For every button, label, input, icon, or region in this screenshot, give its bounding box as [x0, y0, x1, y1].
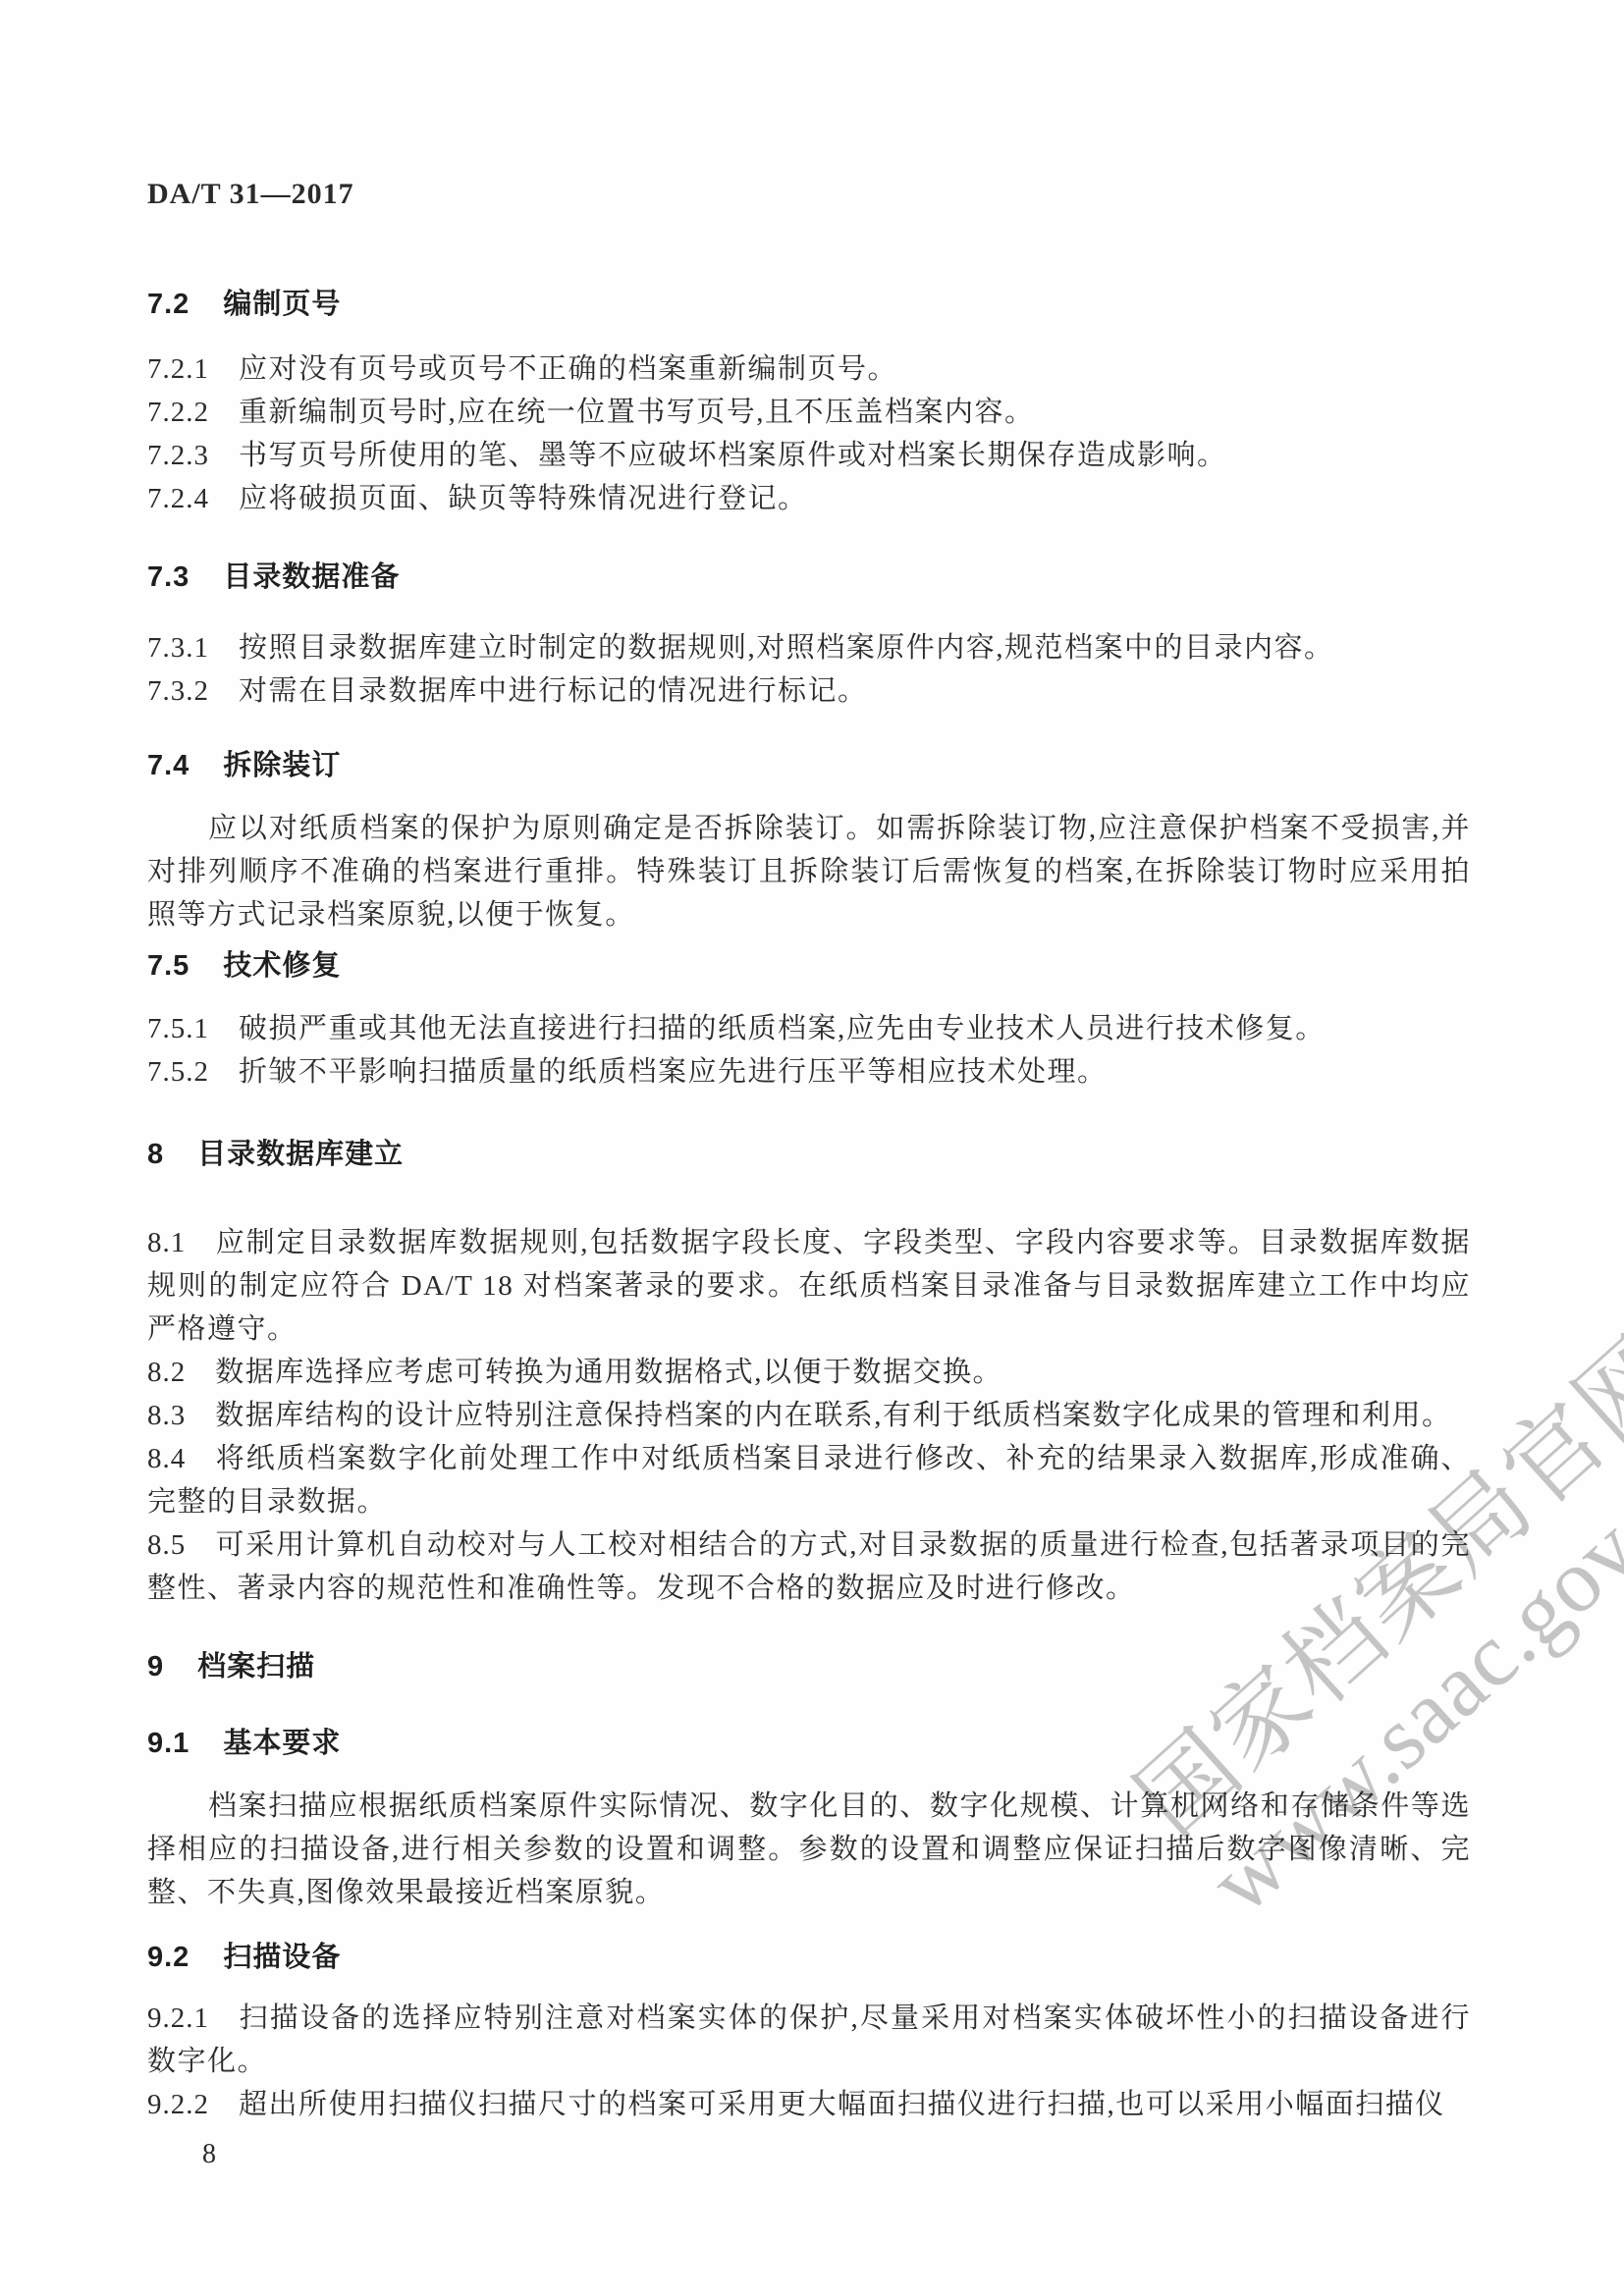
heading-number: 7.5: [147, 950, 189, 982]
heading-8: 8目录数据库建立: [147, 1133, 1471, 1176]
clause-text: 书写页号所使用的笔、墨等不应破坏档案原件或对档案长期保存造成影响。: [239, 440, 1227, 471]
clause-number: 8.2: [147, 1357, 186, 1388]
clause-7-3-2: 7.3.2对需在目录数据库中进行标记的情况进行标记。: [147, 669, 1471, 713]
paragraph-9-1: 档案扫描应根据纸质档案原件实际情况、数字化目的、数字化规模、计算机网络和存储条件…: [147, 1785, 1471, 1914]
paragraph-7-4: 应以对纸质档案的保护为原则确定是否拆除装订。如需拆除装订物,应注意保护档案不受损…: [147, 807, 1471, 936]
clause-text: 扫描设备的选择应特别注意对档案实体的保护,尽量采用对档案实体破坏性小的扫描设备进…: [147, 2002, 1471, 2077]
heading-number: 9.1: [147, 1728, 189, 1759]
clause-8-1: 8.1应制定目录数据库数据规则,包括数据字段长度、字段类型、字段内容要求等。目录…: [147, 1221, 1471, 1351]
heading-title: 档案扫描: [197, 1651, 315, 1682]
clause-number: 7.2.2: [147, 397, 209, 428]
clause-7-2-2: 7.2.2重新编制页号时,应在统一位置书写页号,且不压盖档案内容。: [147, 391, 1471, 434]
clause-number: 7.5.2: [147, 1056, 209, 1088]
clause-8-3: 8.3数据库结构的设计应特别注意保持档案的内在联系,有利于纸质档案数字化成果的管…: [147, 1394, 1471, 1437]
clause-8-5: 8.5可采用计算机自动校对与人工校对相结合的方式,对目录数据的质量进行检查,包括…: [147, 1523, 1471, 1610]
clause-7-2-3: 7.2.3书写页号所使用的笔、墨等不应破坏档案原件或对档案长期保存造成影响。: [147, 434, 1471, 477]
heading-title: 基本要求: [223, 1728, 341, 1759]
clause-7-2-4: 7.2.4应将破损页面、缺页等特殊情况进行登记。: [147, 477, 1471, 520]
heading-title: 目录数据库建立: [197, 1139, 404, 1170]
heading-7-3: 7.3目录数据准备: [147, 556, 1471, 599]
clause-number: 7.2.3: [147, 440, 209, 471]
clause-9-2-1: 9.2.1扫描设备的选择应特别注意对档案实体的保护,尽量采用对档案实体破坏性小的…: [147, 1997, 1471, 2083]
clause-number: 7.5.1: [147, 1013, 209, 1044]
clause-7-5-2: 7.5.2折皱不平影响扫描质量的纸质档案应先进行压平等相应技术处理。: [147, 1050, 1471, 1094]
clause-7-3-1: 7.3.1按照目录数据库建立时制定的数据规则,对照档案原件内容,规范档案中的目录…: [147, 626, 1471, 669]
heading-number: 8: [147, 1139, 164, 1170]
heading-9-2: 9.2扫描设备: [147, 1936, 1471, 1979]
clause-text: 重新编制页号时,应在统一位置书写页号,且不压盖档案内容。: [239, 397, 1035, 428]
clause-number: 8.1: [147, 1227, 186, 1258]
page-number: 8: [202, 2138, 1471, 2171]
heading-number: 7.3: [147, 561, 189, 593]
heading-title: 目录数据准备: [223, 561, 400, 593]
clause-number: 7.3.1: [147, 632, 209, 664]
clause-text: 折皱不平影响扫描质量的纸质档案应先进行压平等相应技术处理。: [239, 1056, 1108, 1088]
clause-text: 超出所使用扫描仪扫描尺寸的档案可采用更大幅面扫描仪进行扫描,也可以采用小幅面扫描…: [239, 2089, 1445, 2120]
heading-number: 7.2: [147, 289, 189, 320]
clause-number: 9.2.1: [147, 2002, 209, 2034]
clause-text: 破损严重或其他无法直接进行扫描的纸质档案,应先由专业技术人员进行技术修复。: [239, 1013, 1326, 1044]
heading-title: 技术修复: [223, 950, 341, 982]
clause-text: 数据库结构的设计应特别注意保持档案的内在联系,有利于纸质档案数字化成果的管理和利…: [215, 1400, 1451, 1431]
clause-text: 数据库选择应考虑可转换为通用数据格式,以便于数据交换。: [215, 1357, 1002, 1388]
clause-number: 7.3.2: [147, 675, 209, 707]
heading-number: 9.2: [147, 1942, 189, 1973]
clause-8-2: 8.2数据库选择应考虑可转换为通用数据格式,以便于数据交换。: [147, 1351, 1471, 1394]
clause-7-2-1: 7.2.1应对没有页号或页号不正确的档案重新编制页号。: [147, 347, 1471, 391]
heading-7-2: 7.2编制页号: [147, 283, 1471, 326]
clause-group-7-3: 7.3.1按照目录数据库建立时制定的数据规则,对照档案原件内容,规范档案中的目录…: [147, 626, 1471, 713]
standard-code-header: DA/T 31—2017: [147, 179, 1471, 210]
clause-text: 应制定目录数据库数据规则,包括数据字段长度、字段类型、字段内容要求等。目录数据库…: [147, 1227, 1471, 1345]
clause-number: 7.2.1: [147, 353, 209, 385]
clause-8-4: 8.4将纸质档案数字化前处理工作中对纸质档案目录进行修改、补充的结果录入数据库,…: [147, 1437, 1471, 1523]
clause-9-2-2: 9.2.2超出所使用扫描仪扫描尺寸的档案可采用更大幅面扫描仪进行扫描,也可以采用…: [147, 2083, 1471, 2126]
heading-title: 编制页号: [223, 289, 341, 320]
clause-text: 可采用计算机自动校对与人工校对相结合的方式,对目录数据的质量进行检查,包括著录项…: [147, 1529, 1471, 1604]
heading-7-5: 7.5技术修复: [147, 944, 1471, 988]
clause-number: 7.2.4: [147, 483, 209, 514]
clause-7-5-1: 7.5.1破损严重或其他无法直接进行扫描的纸质档案,应先由专业技术人员进行技术修…: [147, 1007, 1471, 1050]
heading-title: 扫描设备: [223, 1942, 341, 1973]
clause-number: 8.5: [147, 1529, 186, 1561]
clause-text: 应对没有页号或页号不正确的档案重新编制页号。: [239, 353, 897, 385]
clause-group-7-5: 7.5.1破损严重或其他无法直接进行扫描的纸质档案,应先由专业技术人员进行技术修…: [147, 1007, 1471, 1094]
clause-number: 9.2.2: [147, 2089, 209, 2120]
heading-title: 拆除装订: [223, 750, 341, 781]
clause-group-8: 8.1应制定目录数据库数据规则,包括数据字段长度、字段类型、字段内容要求等。目录…: [147, 1221, 1471, 1610]
page-content: DA/T 31—2017 7.2编制页号 7.2.1应对没有页号或页号不正确的档…: [0, 0, 1624, 2171]
clause-group-7-2: 7.2.1应对没有页号或页号不正确的档案重新编制页号。 7.2.2重新编制页号时…: [147, 347, 1471, 520]
clause-number: 8.3: [147, 1400, 186, 1431]
clause-text: 应将破损页面、缺页等特殊情况进行登记。: [239, 483, 808, 514]
heading-number: 9: [147, 1651, 164, 1682]
document-page: 国家档案局官网 www.saac.gov.cn DA/T 31—2017 7.2…: [0, 0, 1624, 2296]
heading-number: 7.4: [147, 750, 189, 781]
clause-text: 按照目录数据库建立时制定的数据规则,对照档案原件内容,规范档案中的目录内容。: [239, 632, 1334, 664]
clause-text: 对需在目录数据库中进行标记的情况进行标记。: [239, 675, 868, 707]
heading-9: 9档案扫描: [147, 1645, 1471, 1688]
heading-9-1: 9.1基本要求: [147, 1722, 1471, 1765]
heading-7-4: 7.4拆除装订: [147, 744, 1471, 787]
clause-number: 8.4: [147, 1443, 186, 1474]
clause-text: 将纸质档案数字化前处理工作中对纸质档案目录进行修改、补充的结果录入数据库,形成准…: [147, 1443, 1471, 1518]
clause-group-9-2: 9.2.1扫描设备的选择应特别注意对档案实体的保护,尽量采用对档案实体破坏性小的…: [147, 1997, 1471, 2126]
